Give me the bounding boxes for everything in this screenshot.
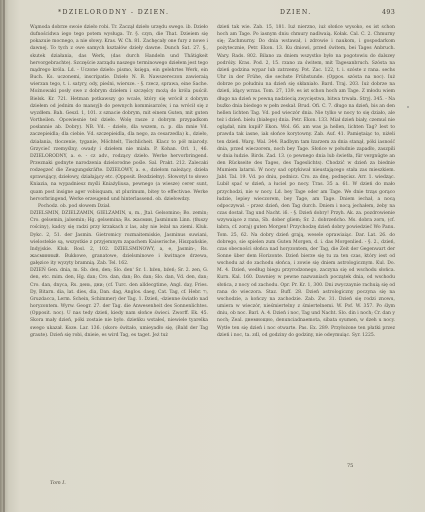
entry-dzien-continued: dzień tak wie. Zab. 15, 181. Iuż nierzno… <box>217 24 395 339</box>
etymology-note: Pochodz. ob. pod słowem Dział. <box>30 203 208 210</box>
signature-mark: Tom I. <box>50 480 66 486</box>
book-binding-shadow <box>3 0 5 512</box>
left-text-column: Wąmoda dobrze swoie dzieło robi. Tr. Zac… <box>30 24 208 339</box>
header-left-title: *DZIELORODNY - DZIEN. <box>58 9 169 16</box>
header-right-title: DZIEN. <box>280 9 312 16</box>
catchword: 75 <box>347 463 353 469</box>
entry-dzielo-continued: Wąmoda dobrze swoie dzieło robi. Tr. Zac… <box>30 24 208 203</box>
running-header: *DZIELORODNY - DZIEN. DZIEN. 493 <box>0 9 425 19</box>
paper-speck <box>407 106 409 108</box>
entry-dzien: DZIEŃ Gen. dnia, m. Sb. den, den; Slo. d… <box>30 267 208 339</box>
entry-dzielsmin: DZIELSMIN, DZIELZAMIN, GIELZAMIN, u, m.,… <box>30 210 208 267</box>
right-text-column: dzień tak wie. Zab. 15, 181. Iuż nierzno… <box>217 24 395 339</box>
dictionary-page: *DZIELORODNY - DZIEN. DZIEN. 493 Wąmoda … <box>0 0 425 512</box>
page-number: 493 <box>382 9 395 16</box>
